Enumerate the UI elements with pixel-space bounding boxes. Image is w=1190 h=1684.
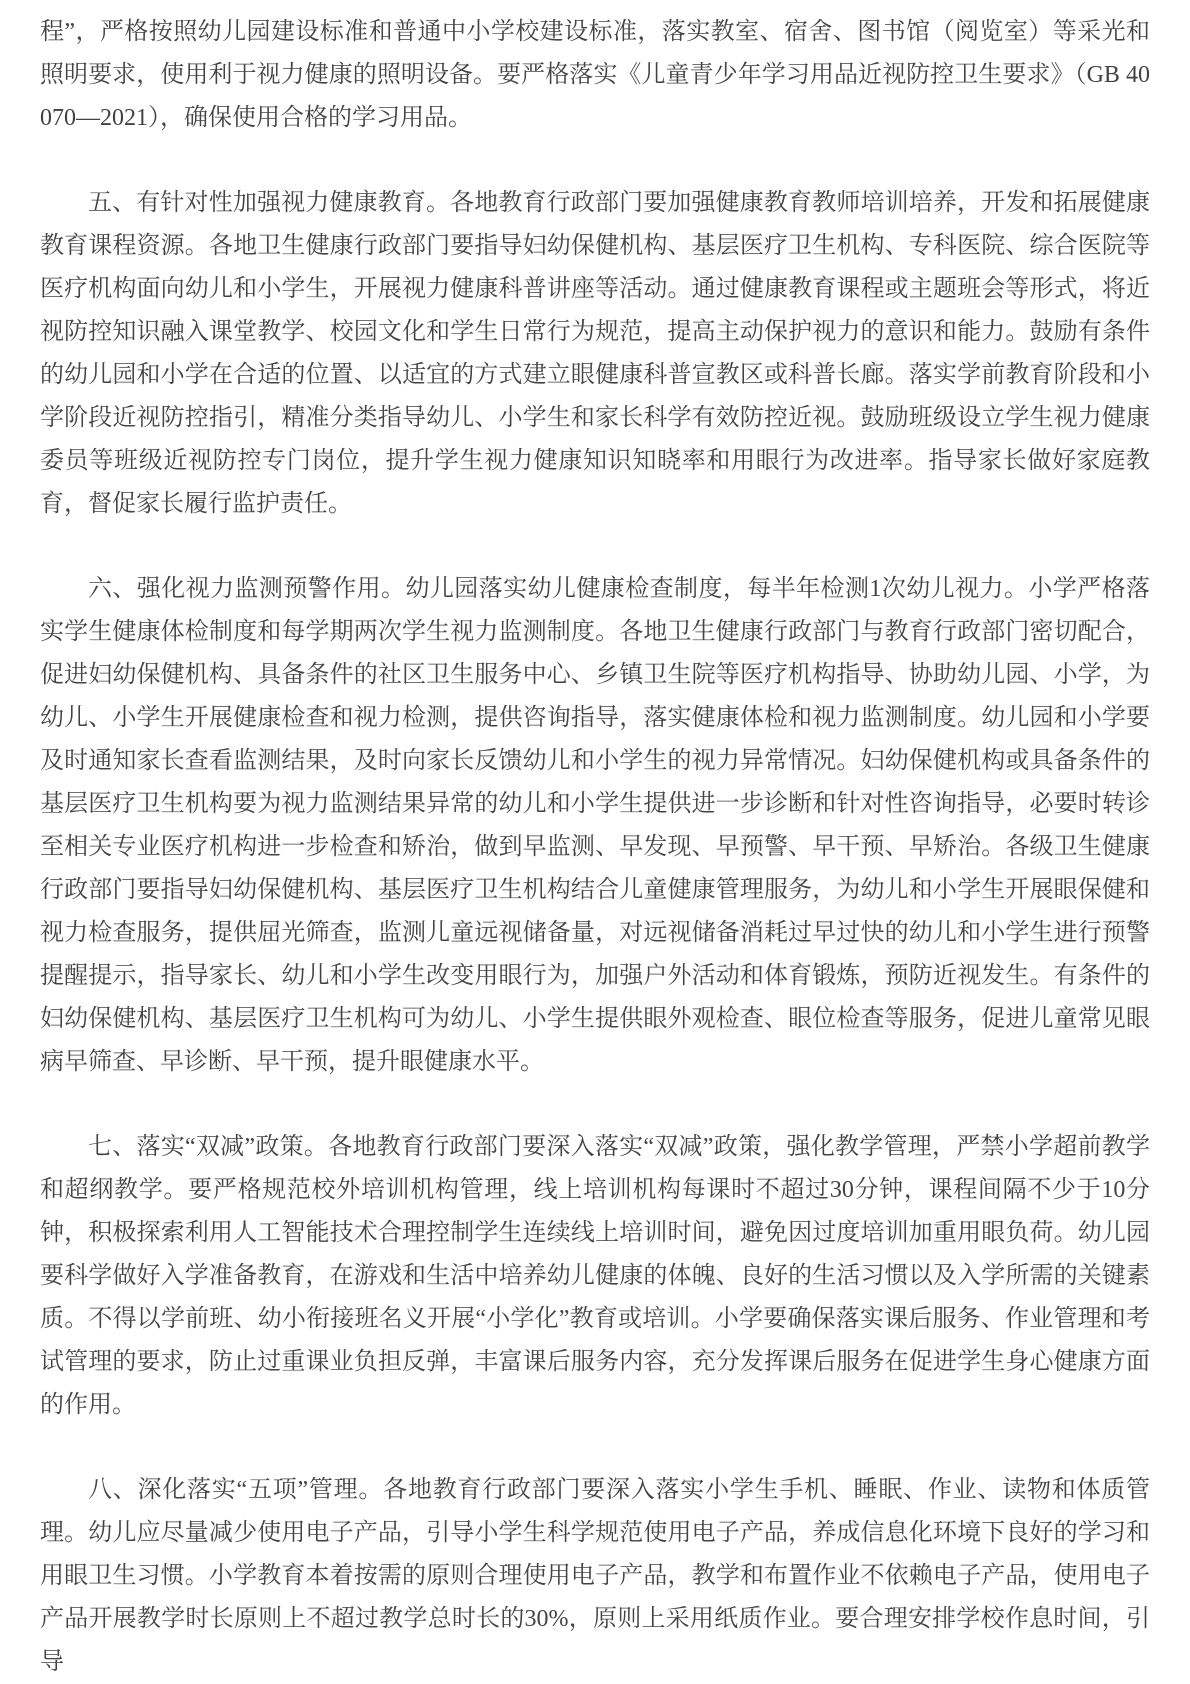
paragraph-continuation: 程”，严格按照幼儿园建设标准和普通中小学校建设标准，落实教室、宿舍、图书馆（阅览… bbox=[40, 11, 1150, 140]
paragraph-section-5-vision-health-education: 五、有针对性加强视力健康教育。各地教育行政部门要加强健康教育教师培训培养，开发和… bbox=[40, 182, 1150, 526]
document-viewport: { "document": { "type": "government-poli… bbox=[0, 0, 1190, 1684]
paragraph-section-8-five-items-management: 八、深化落实“五项”管理。各地教育行政部门要深入落实小学生手机、睡眠、作业、读物… bbox=[40, 1469, 1150, 1684]
paragraph-section-7-double-reduction-policy: 七、落实“双减”政策。各地教育行政部门要深入落实“双减”政策，强化教学管理，严禁… bbox=[40, 1126, 1150, 1427]
paragraph-section-6-vision-monitoring-warning: 六、强化视力监测预警作用。幼儿园落实幼儿健康检查制度，每半年检测1次幼儿视力。小… bbox=[40, 568, 1150, 1084]
document-page: 程”，严格按照幼儿园建设标准和普通中小学校建设标准，落实教室、宿舍、图书馆（阅览… bbox=[0, 0, 1190, 1684]
